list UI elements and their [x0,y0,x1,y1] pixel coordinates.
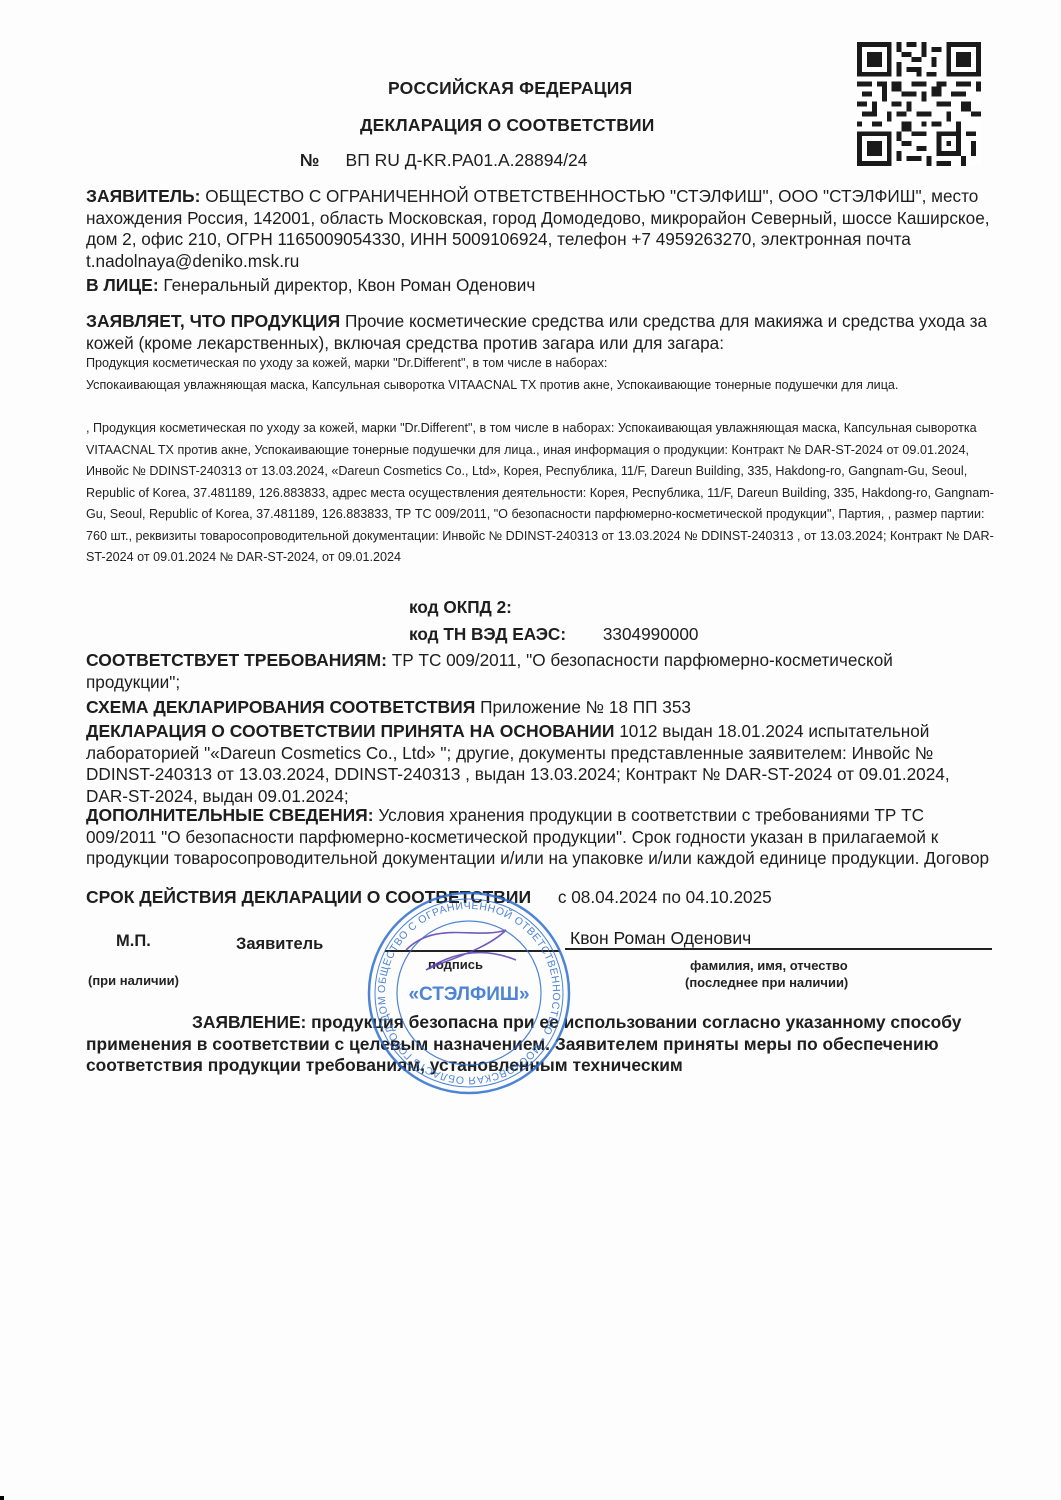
name-line [565,948,992,950]
seal-label: М.П. [116,932,151,951]
company-seal-stamp-icon: ОБЩЕСТВО С ОГРАНИЧЕННОЙ ОТВЕТСТВЕННОСТЬЮ… [366,890,572,1096]
represented-by-section: В ЛИЦЕ: Генеральный директор, Квон Роман… [86,275,991,297]
additional-section: ДОПОЛНИТЕЛЬНЫЕ СВЕДЕНИЯ: Условия хранени… [86,805,996,870]
product-label: ЗАЯВЛЯЕТ, ЧТО ПРОДУКЦИЯ [86,311,340,331]
name-caption-1: фамилия, имя, отчество [690,958,848,973]
compliance-label: СООТВЕТСТВУЕТ ТРЕБОВАНИЯМ: [86,650,387,670]
number-sign: № [300,150,320,170]
validity-dates: с 08.04.2024 по 04.10.2025 [558,887,772,907]
okpd-code: код ОКПД 2: [409,597,544,618]
applicant-section: ЗАЯВИТЕЛЬ: ОБЩЕСТВО С ОГРАНИЧЕННОЙ ОТВЕТ… [86,186,991,272]
seal-note: (при наличии) [88,973,179,988]
stamp-center-text: «СТЭЛФИШ» [408,984,529,1005]
product-details-1: Продукция косметическая по уходу за коже… [86,353,996,375]
product-details-2: Успокаивающая увлажняющая маска, Капсуль… [86,375,996,397]
name-caption-2: (последнее при наличии) [685,975,848,990]
applicant-label: ЗАЯВИТЕЛЬ: [86,186,200,206]
okpd-label: код ОКПД 2: [409,597,512,617]
scheme-section: СХЕМА ДЕКЛАРИРОВАНИЯ СООТВЕТСТВИЯ Прилож… [86,697,991,719]
represented-by-text: Генеральный директор, Квон Роман Оденови… [163,275,535,295]
document-number-value: ВП RU Д-KR.PA01.A.28894/24 [346,150,588,170]
applicant-text: ОБЩЕСТВО С ОГРАНИЧЕННОЙ ОТВЕТСТВЕННОСТЬЮ… [86,186,990,271]
signer-name: Квон Роман Оденович [570,928,751,949]
basis-label: ДЕКЛАРАЦИЯ О СООТВЕТСТВИИ ПРИНЯТА НА ОСН… [86,721,614,741]
document-number: №ВП RU Д-KR.PA01.A.28894/24 [300,150,588,171]
tnved-value: 3304990000 [603,624,699,644]
qr-code-icon [857,42,981,166]
scan-corner-mark [0,1496,4,1500]
country-heading: РОССИЙСКАЯ ФЕДЕРАЦИЯ [388,78,632,99]
handwritten-signature-icon [406,930,516,970]
tnved-code: код ТН ВЭД ЕАЭС: 3304990000 [409,624,698,645]
tnved-label: код ТН ВЭД ЕАЭС: [409,624,566,644]
additional-label: ДОПОЛНИТЕЛЬНЫЕ СВЕДЕНИЯ: [86,805,374,825]
declaration-page: РОССИЙСКАЯ ФЕДЕРАЦИЯ ДЕКЛАРАЦИЯ О СООТВЕ… [0,0,1061,1500]
compliance-section: СООТВЕТСТВУЕТ ТРЕБОВАНИЯМ: ТР ТС 009/201… [86,650,906,693]
document-title: ДЕКЛАРАЦИЯ О СООТВЕТСТВИИ [360,115,655,136]
product-section: ЗАЯВЛЯЕТ, ЧТО ПРОДУКЦИЯ Прочие косметиче… [86,311,991,354]
scheme-text: Приложение № 18 ПП 353 [480,697,691,717]
represented-by-label: В ЛИЦЕ: [86,275,159,295]
scheme-label: СХЕМА ДЕКЛАРИРОВАНИЯ СООТВЕТСТВИЯ [86,697,475,717]
applicant-signature-label: Заявитель [236,935,323,954]
basis-section: ДЕКЛАРАЦИЯ О СООТВЕТСТВИИ ПРИНЯТА НА ОСН… [86,721,966,807]
product-details-3: , Продукция косметическая по уходу за ко… [86,418,996,569]
